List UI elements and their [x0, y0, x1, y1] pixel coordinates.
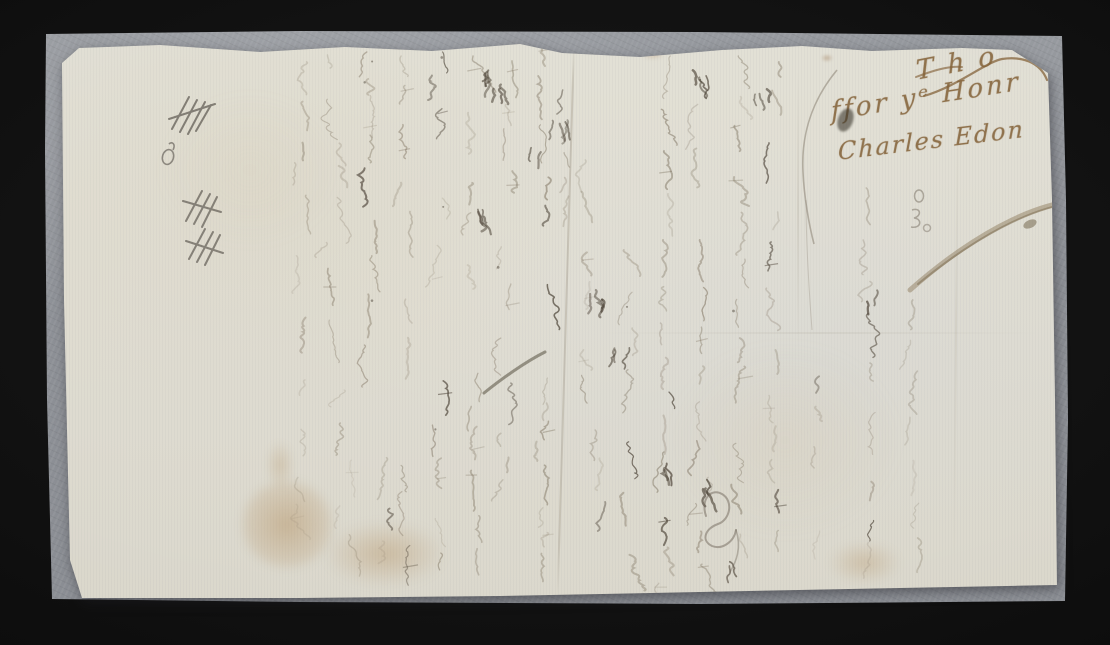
bleedthrough-dark-spot [588, 290, 604, 317]
document-paper: Tho ffor yᵉ Honr Charles Edon [0, 0, 1110, 645]
bleedthrough-column [357, 52, 380, 387]
bleedthrough-dark-spot [662, 464, 671, 486]
bleedthrough-column [534, 47, 559, 582]
fold-crease-horizontal [600, 332, 1040, 334]
bleedthrough-dark-spot [754, 89, 771, 110]
stain-bottom-right [812, 532, 917, 594]
bleedthrough-column [900, 300, 922, 572]
bleedthrough-dark-spot [703, 480, 717, 512]
bleedthrough-column [764, 62, 782, 330]
bleedthrough-column [651, 56, 677, 621]
circle-mark [161, 143, 176, 166]
stain-tail [258, 430, 302, 500]
fold-crease-right [953, 90, 959, 570]
stain-top-dot [818, 52, 836, 64]
tally-marks-lower [183, 191, 223, 265]
photo-background: Tho ffor yᵉ Honr Charles Edon [0, 0, 1110, 645]
stain-top-small [636, 44, 670, 62]
bleedthrough-dark-spot [529, 148, 541, 168]
bleedthrough-dark-spot [867, 290, 878, 314]
fold-crease-main [557, 44, 575, 596]
figure-eight-mark [704, 492, 738, 572]
address-line-3: Charles Edon [838, 115, 1025, 166]
bleedthrough-column [492, 61, 520, 501]
postal-marks [911, 190, 931, 232]
bleedthrough-column [618, 250, 646, 591]
bleedthrough-column [315, 55, 351, 363]
bleedthrough-column [576, 160, 597, 403]
bleedthrough-column [852, 188, 879, 625]
bleedthrough-dark-spot [478, 210, 491, 235]
bleedthrough-column [763, 350, 787, 551]
bleedthrough-column [461, 56, 496, 575]
bleedthrough-column [557, 90, 570, 226]
bleedthrough-column [378, 458, 394, 564]
bleedthrough-column [393, 56, 418, 585]
stain-large-left [222, 462, 352, 587]
stain-large-lobe [300, 508, 470, 600]
bleedthrough-dark-spot [727, 562, 736, 583]
bleedthrough-column [729, 56, 754, 558]
bleedthrough-column [291, 380, 311, 539]
tally-marks-upper [169, 97, 215, 134]
pen-flourish [910, 204, 1056, 290]
bleedthrough-dark-spot [492, 85, 508, 105]
bleedthrough-column [687, 240, 719, 596]
bleedthrough-dark-spot [483, 70, 491, 96]
warm-wash-left [120, 60, 380, 280]
bleedthrough-column [329, 390, 361, 576]
bleedthrough-column [292, 62, 310, 353]
bleedthrough-dark-spot [693, 70, 709, 98]
speck-orange [54, 126, 60, 132]
paper-shadow-wrap: Tho ffor yᵉ Honr Charles Edon [0, 0, 1110, 645]
bleedthrough-dark-spot [609, 348, 629, 369]
fold-crease-second [797, 70, 799, 350]
bleedthrough-column [426, 52, 453, 570]
bleedthrough-column [811, 376, 822, 559]
warm-wash-right [620, 300, 950, 580]
diagonal-stroke [484, 352, 545, 393]
bleedthrough-column [686, 104, 700, 187]
bleedthrough-column [590, 430, 605, 531]
bleedthrough-dark-spot [549, 121, 570, 141]
